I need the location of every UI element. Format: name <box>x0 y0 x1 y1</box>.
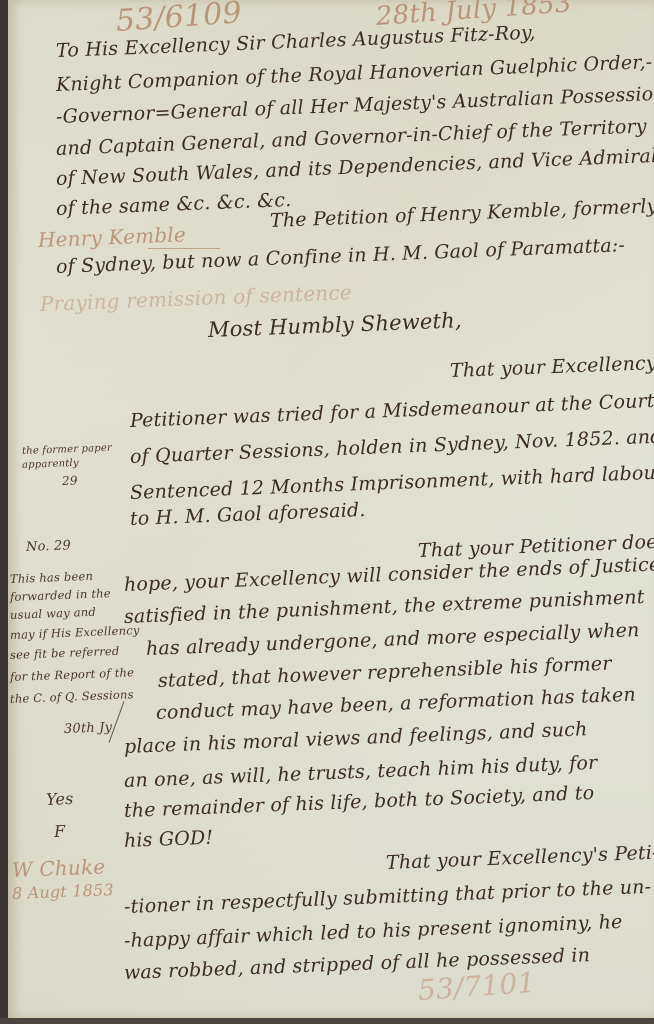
margin-note-line: may if His Excellency <box>10 623 140 642</box>
scan-border <box>0 1018 654 1024</box>
margin-note-line: the former paper <box>22 443 112 457</box>
petition-line: The Petition of Henry Kemble, formerly <box>270 195 654 232</box>
footer-reference-number: 53/7101 <box>417 966 537 1007</box>
salutation: Most Humbly Sheweth, <box>208 308 463 342</box>
clerk-signature: W Chuke <box>12 854 106 882</box>
margin-note-date: 30th Jy <box>64 720 113 737</box>
paragraph-line: Sentenced 12 Months Imprisonment, with h… <box>130 461 654 504</box>
margin-note-line: This has been <box>10 569 94 586</box>
paragraph-opening: That your Excellency's <box>450 351 654 382</box>
paragraph-line: place in his moral views and feelings, a… <box>124 718 588 758</box>
paragraph-line: of Quarter Sessions, holden in Sydney, N… <box>130 426 654 468</box>
approval-note: Yes <box>46 789 74 809</box>
paragraph-line: -tioner in respectfully submitting that … <box>124 876 652 918</box>
margin-note-line: apparently <box>22 458 79 471</box>
paragraph-line: his GOD! <box>124 827 214 852</box>
margin-note-line: usual way and <box>10 605 96 622</box>
approval-initial: F <box>54 822 66 841</box>
margin-note-line: see fit be referred <box>10 644 120 662</box>
name-underline <box>148 248 220 249</box>
paragraph-line: to H. M. Gaol aforesaid. <box>130 499 366 530</box>
margin-note-line: forwarded in the <box>10 586 111 604</box>
manuscript-page: 53/6109 28th July 1853 To His Excellency… <box>8 0 654 1018</box>
paragraph-line: conduct may have been, a reformation has… <box>156 684 637 724</box>
margin-note-ref: No. 29 <box>26 538 72 555</box>
clerk-date: 8 Augt 1853 <box>12 880 114 903</box>
margin-note-line: 29 <box>62 473 78 488</box>
address-line: of the same &c. &c. &c. <box>56 189 292 220</box>
subject-annotation: Praying remission of sentence <box>40 280 353 316</box>
paragraph-opening: That your Excellency's Peti- <box>386 842 654 874</box>
paragraph-line: Petitioner was tried for a Misdemeanour … <box>130 390 654 432</box>
margin-note-line: the C. of Q. Sessions <box>10 687 134 706</box>
margin-note-line: for the Report of the <box>10 665 135 684</box>
